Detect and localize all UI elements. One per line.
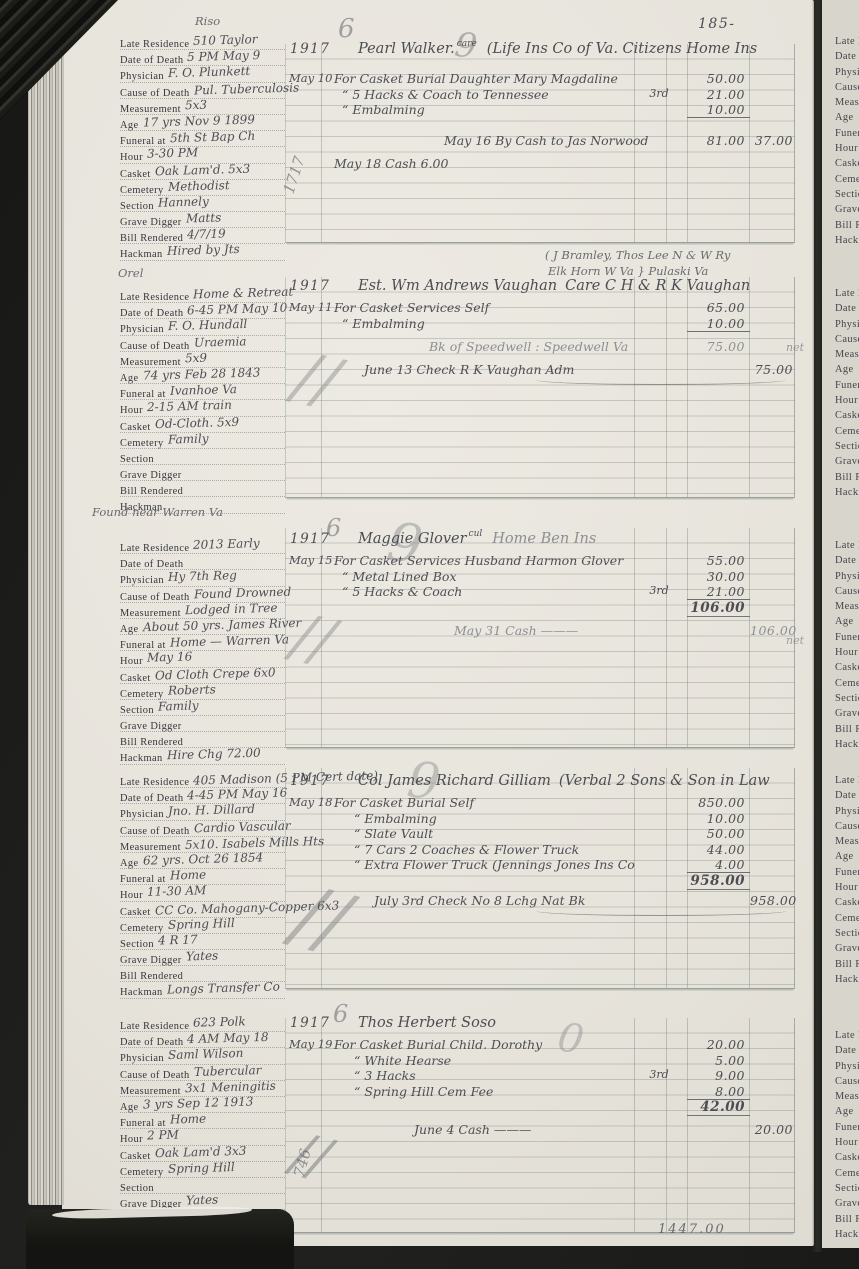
line-amount: 50.00 xyxy=(687,826,750,841)
deceased-name: Est. Wm Andrews Vaughan xyxy=(358,278,557,294)
next-page-label: Measurement xyxy=(835,836,859,851)
field-column: Late ResidenceHome & RetreatDate of Deat… xyxy=(120,287,285,514)
line-description: For Casket Burial Child. Dorothy xyxy=(334,1037,542,1052)
field-row: CemeteryRoberts xyxy=(120,684,285,700)
field-label: Physician xyxy=(120,575,164,586)
ledger-line: May 16 By Cash to Jas Norwood81.0037.00 xyxy=(286,133,794,149)
line-description: “ Spring Hill Cem Fee xyxy=(354,1084,493,1099)
field-label: Section xyxy=(120,939,154,950)
field-value: Roberts xyxy=(167,682,215,697)
field-label: Cemetery xyxy=(120,923,164,934)
field-value: Cardio Vascular xyxy=(193,818,290,835)
field-row: CasketOak Lam'd. 5x3 xyxy=(120,164,285,180)
field-row: Age17 yrs Nov 9 1899 xyxy=(120,115,285,131)
margin-note: Orel xyxy=(118,266,143,280)
field-row: Date of Death xyxy=(120,554,285,570)
ledger-line: 42.00 xyxy=(286,1099,794,1115)
field-label: Physician xyxy=(120,809,164,820)
name-row: 1917Thos Herbert Soso xyxy=(286,1015,845,1033)
ledger-grid: 1917Maggie GloverculHome Ben InsMay 15Fo… xyxy=(285,528,795,748)
field-value: 11-30 AM xyxy=(147,883,207,899)
next-page-label: Grave Digger xyxy=(835,708,859,723)
field-label: Casket xyxy=(120,422,151,433)
field-value: 5x3 xyxy=(185,97,207,112)
ledger-line: “ Embalming10.00 xyxy=(286,102,794,118)
name-row: 1917Maggie GloverculHome Ben Ins xyxy=(286,531,845,549)
field-value: Yates xyxy=(185,1193,218,1208)
line-amount: 81.00 xyxy=(687,133,750,148)
field-value: F. O. Hundall xyxy=(168,317,248,333)
line-description: “ Extra Flower Truck (Jennings Jones Ins… xyxy=(354,857,635,872)
field-label: Late Residence xyxy=(120,1021,189,1032)
pencil-mark: 6 xyxy=(338,14,355,44)
field-value: Yates xyxy=(185,949,218,964)
entry-year: 1917 xyxy=(290,773,330,789)
field-value: Pul. Tuberculosis xyxy=(193,80,299,97)
next-page-label-group: Late ResidenceDate of DeathPhysicianCaus… xyxy=(835,288,859,502)
line-qualifier: 3rd xyxy=(634,87,684,100)
line-amount: 30.00 xyxy=(687,569,750,584)
field-column: Late Residence405 Madison (5 PM Cert dat… xyxy=(120,772,285,999)
field-row: HackmanHire Chg 72.00 xyxy=(120,748,285,764)
field-label: Age xyxy=(120,373,139,384)
field-row: Hour3-30 PM xyxy=(120,147,285,163)
entry-year: 1917 xyxy=(290,1015,330,1031)
field-label: Measurement xyxy=(120,1086,181,1097)
field-value: 4 R 17 xyxy=(158,932,198,947)
field-label: Late Residence xyxy=(120,39,189,50)
line-description: June 4 Cash ——— xyxy=(414,1122,531,1137)
line-amount: 65.00 xyxy=(687,300,750,315)
field-label: Section xyxy=(120,1183,154,1194)
next-page-label: Hour xyxy=(835,1137,859,1152)
field-row: CasketOak Lam'd 3x3 xyxy=(120,1146,285,1162)
ledger-line: “ Metal Lined Box30.00 xyxy=(286,569,794,585)
field-label: Cause of Death xyxy=(120,592,190,603)
field-label: Hour xyxy=(120,405,143,416)
next-page-label: Hour xyxy=(835,647,859,662)
next-page-label: Age xyxy=(835,364,859,379)
field-value: 3-30 PM xyxy=(147,146,199,161)
ledger-line: “ 5 Hacks & Coach3rd21.00 xyxy=(286,584,794,600)
field-row: Section xyxy=(120,449,285,465)
field-value: 2 PM xyxy=(147,1128,179,1143)
entry-year: 1917 xyxy=(290,41,330,57)
field-value: Home — Warren Va xyxy=(170,632,289,649)
field-value: Family xyxy=(158,698,199,713)
ledger-line: “ Extra Flower Truck (Jennings Jones Ins… xyxy=(286,857,794,873)
field-label: Measurement xyxy=(120,357,181,368)
deceased-name: Pearl Walker. xyxy=(358,41,455,57)
field-label: Hour xyxy=(120,656,143,667)
field-label: Age xyxy=(120,858,139,869)
ledger-line: “ Embalming10.00 xyxy=(286,316,794,332)
next-page-label: Late Residence xyxy=(835,36,859,51)
next-page-label: Casket xyxy=(835,410,859,425)
field-row: Age74 yrs Feb 28 1843 xyxy=(120,368,285,384)
next-page-label: Bill Rendered xyxy=(835,959,859,974)
next-page-label: Section xyxy=(835,928,859,943)
line-description: May 16 By Cash to Jas Norwood xyxy=(444,133,648,148)
field-value: 17 yrs Nov 9 1899 xyxy=(142,112,254,129)
entry-year: 1917 xyxy=(290,531,330,547)
field-value: 62 yrs. Oct 26 1854 xyxy=(142,850,263,867)
next-page-label: Funeral at xyxy=(835,632,859,647)
line-amount: 8.00 xyxy=(687,1084,750,1100)
field-label: Bill Rendered xyxy=(120,971,183,982)
line-amount: 5.00 xyxy=(687,1053,750,1068)
next-page-label-group: Late ResidenceDate of DeathPhysicianCaus… xyxy=(835,1030,859,1244)
next-page-label: Cause of Death xyxy=(835,586,859,601)
ledger-line: May 10For Casket Burial Daughter Mary Ma… xyxy=(286,71,794,87)
line-description: Bk of Speedwell : Speedwell Va xyxy=(429,339,628,354)
line-qualifier: 3rd xyxy=(634,584,684,597)
next-page-label-group: Late ResidenceDate of DeathPhysicianCaus… xyxy=(835,36,859,250)
field-label: Hackman xyxy=(120,249,163,260)
line-date: May 15 xyxy=(289,553,334,567)
field-label: Physician xyxy=(120,324,164,335)
field-label: Physician xyxy=(120,71,164,82)
line-amount-paid: 20.00 xyxy=(750,1122,793,1137)
line-amount: 75.00 xyxy=(687,339,750,354)
field-row: CemeterySpring Hill xyxy=(120,1162,285,1178)
field-label: Physician xyxy=(120,1053,164,1064)
ledger-line: “ 5 Hacks & Coach to Tennessee3rd21.00 xyxy=(286,87,794,103)
field-row: Hour2 PM xyxy=(120,1129,285,1145)
field-label: Grave Digger xyxy=(120,217,182,228)
next-page-label: Section xyxy=(835,189,859,204)
field-row: Date of Death6-45 PM May 10 xyxy=(120,303,285,319)
name-annotation: (Life Ins Co of Va. Citizens Home Ins xyxy=(487,41,757,57)
field-value: Found Drowned xyxy=(193,584,291,601)
book-cover-corner-bottom xyxy=(26,1209,294,1269)
ledger-photo: 2 185- 1447.00 Late Residence510 TaylorD… xyxy=(0,0,859,1269)
next-page-label: Bill Rendered xyxy=(835,724,859,739)
field-label: Cemetery xyxy=(120,438,164,449)
next-page-label: Physician xyxy=(835,319,859,334)
next-page-label: Casket xyxy=(835,1152,859,1167)
next-page-label: Section xyxy=(835,1183,859,1198)
field-value: Lodged in Tree xyxy=(185,600,278,617)
field-value: 5x9 xyxy=(185,350,207,365)
field-label: Cause of Death xyxy=(120,826,190,837)
field-value: Hired by Jts xyxy=(166,242,239,258)
field-value: Home xyxy=(170,868,207,883)
field-label: Section xyxy=(120,705,154,716)
field-label: Date of Death xyxy=(120,793,183,804)
field-label: Cause of Death xyxy=(120,88,190,99)
line-amount: 42.00 xyxy=(687,1099,750,1116)
field-row: Cause of DeathPul. Tuberculosis xyxy=(120,83,285,99)
next-page-label: Age xyxy=(835,851,859,866)
field-label: Age xyxy=(120,120,139,131)
next-page-label: Late Residence xyxy=(835,775,859,790)
ledger-grid: 1917Pearl Walker.care(Life Ins Co of Va.… xyxy=(285,44,795,243)
ledger-line: 106.00 xyxy=(286,600,794,616)
field-row: Hour11-30 AM xyxy=(120,885,285,901)
field-label: Casket xyxy=(120,673,151,684)
field-label: Late Residence xyxy=(120,777,189,788)
line-description: “ Slate Vault xyxy=(354,826,433,841)
next-page-label: Late Residence xyxy=(835,1030,859,1045)
line-amount: 958.00 xyxy=(687,873,750,890)
field-value: 6-45 PM May 10 xyxy=(187,301,288,318)
field-row: Measurement3x1 Meningitis xyxy=(120,1081,285,1097)
next-page-label: Physician xyxy=(835,806,859,821)
line-description: “ 5 Hacks & Coach to Tennessee xyxy=(342,87,549,102)
field-label: Casket xyxy=(120,907,151,918)
field-value: Spring Hill xyxy=(167,916,234,932)
field-value: Od-Cloth. 5x9 xyxy=(155,414,239,430)
field-label: Grave Digger xyxy=(120,955,182,966)
ledger-line: “ Slate Vault50.00 xyxy=(286,826,794,842)
line-amount-paid: 37.00 xyxy=(750,133,793,148)
next-page-label: Cemetery xyxy=(835,426,859,441)
next-page-label: Section xyxy=(835,441,859,456)
field-row: Late Residence2013 Early xyxy=(120,538,285,554)
next-page-label: Physician xyxy=(835,571,859,586)
line-description: “ Embalming xyxy=(342,102,425,117)
field-value: F. O. Plunkett xyxy=(168,64,251,80)
name-superscript: care xyxy=(457,39,477,49)
field-label: Bill Rendered xyxy=(120,737,183,748)
margin-note: ( J Bramley, Thos Lee N & W Ry xyxy=(545,248,730,262)
next-page-label: Bill Rendered xyxy=(835,472,859,487)
field-label: Grave Digger xyxy=(120,470,182,481)
field-label: Bill Rendered xyxy=(120,486,183,497)
field-row: Date of Death5 PM May 9 xyxy=(120,50,285,66)
field-value: 4 AM May 18 xyxy=(187,1030,269,1046)
field-row: Date of Death4-45 PM May 16 xyxy=(120,788,285,804)
ledger-line: June 4 Cash ———20.00 xyxy=(286,1122,794,1138)
field-label: Casket xyxy=(120,169,151,180)
field-row: CemeterySpring Hill xyxy=(120,918,285,934)
next-page-label: Cemetery xyxy=(835,1168,859,1183)
next-page-label: Cemetery xyxy=(835,913,859,928)
next-page-label: Measurement xyxy=(835,349,859,364)
line-amount: 10.00 xyxy=(687,102,750,118)
field-label: Date of Death xyxy=(120,308,183,319)
field-label: Late Residence xyxy=(120,292,189,303)
margin-note: Elk Horn W Va } Pulaski Va xyxy=(548,264,708,278)
next-page-label: Late Residence xyxy=(835,540,859,555)
line-description: “ 7 Cars 2 Coaches & Flower Truck xyxy=(354,842,579,857)
field-value: Oak Lam'd. 5x3 xyxy=(155,161,251,178)
next-page-label: Cemetery xyxy=(835,174,859,189)
field-row: HackmanLongs Transfer Co xyxy=(120,982,285,998)
line-description: For Casket Services Husband Harmon Glove… xyxy=(334,553,623,568)
line-description: “ 5 Hacks & Coach xyxy=(342,584,462,599)
next-page-label: Date of Death xyxy=(835,790,859,805)
field-row: Section4 R 17 xyxy=(120,934,285,950)
next-page-label: Casket xyxy=(835,662,859,677)
deceased-name-line: Est. Wm Andrews VaughanCare C H & R K Va… xyxy=(358,278,750,294)
field-value: Tubercular xyxy=(193,1063,261,1079)
next-page-label: Cause of Death xyxy=(835,821,859,836)
line-amount: 21.00 xyxy=(687,87,750,102)
page-gutter-shadow xyxy=(812,0,822,1252)
next-page-label-group: Late ResidenceDate of DeathPhysicianCaus… xyxy=(835,775,859,989)
ledger-line: “ Spring Hill Cem Fee8.00 xyxy=(286,1084,794,1100)
next-page-label: Physician xyxy=(835,67,859,82)
field-label: Cemetery xyxy=(120,689,164,700)
folio-number: 185- xyxy=(698,16,735,32)
line-amount: 55.00 xyxy=(687,553,750,568)
name-superscript: cul xyxy=(469,529,483,539)
field-value: 74 yrs Feb 28 1843 xyxy=(142,365,260,382)
ledger-line: “ Embalming10.00 xyxy=(286,811,794,827)
deceased-name-line: Thos Herbert Soso xyxy=(358,1015,496,1031)
line-amount-paid: 106.00 xyxy=(750,623,793,638)
field-row: HackmanHired by Jts xyxy=(120,244,285,260)
field-label: Age xyxy=(120,624,139,635)
field-label: Cause of Death xyxy=(120,341,190,352)
field-column: Late Residence510 TaylorDate of Death5 P… xyxy=(120,34,285,261)
next-page-label: Grave Digger xyxy=(835,943,859,958)
next-page-label: Bill Rendered xyxy=(835,1214,859,1229)
next-page-label: Funeral at xyxy=(835,867,859,882)
field-label: Grave Digger xyxy=(120,721,182,732)
next-page-label: Hour xyxy=(835,395,859,410)
line-description: For Casket Services Self xyxy=(334,300,489,315)
book-page-edges xyxy=(28,40,64,1205)
line-description: “ 3 Hacks xyxy=(354,1068,416,1083)
field-label: Measurement xyxy=(120,608,181,619)
name-row: 1917Est. Wm Andrews VaughanCare C H & R … xyxy=(286,278,845,296)
field-value: 623 Polk xyxy=(193,1014,246,1029)
ledger-line: “ 7 Cars 2 Coaches & Flower Truck44.00 xyxy=(286,842,794,858)
next-page-label: Age xyxy=(835,1106,859,1121)
field-row: Cause of DeathCardio Vascular xyxy=(120,821,285,837)
field-value: Home xyxy=(170,1112,207,1127)
line-amount: 50.00 xyxy=(687,71,750,86)
field-row: Grave Digger xyxy=(120,465,285,481)
line-amount: 20.00 xyxy=(687,1037,750,1052)
line-description: For Casket Burial Daughter Mary Magdalin… xyxy=(334,71,618,86)
next-page-label: Funeral at xyxy=(835,128,859,143)
field-row: Grave DiggerYates xyxy=(120,950,285,966)
ledger-line: 958.00 xyxy=(286,873,794,889)
field-value: 2-15 AM train xyxy=(147,398,232,414)
line-description: “ Embalming xyxy=(354,811,437,826)
next-page-label: Hackman xyxy=(835,235,859,250)
next-page-label: Measurement xyxy=(835,1091,859,1106)
field-column: Late Residence2013 EarlyDate of DeathPhy… xyxy=(120,538,285,765)
ledger-line: “ 3 Hacks3rd9.00 xyxy=(286,1068,794,1084)
line-description: “ Metal Lined Box xyxy=(342,569,457,584)
ledger-line: May 18 Cash 6.00 xyxy=(286,156,794,172)
field-row: Cause of DeathUraemia xyxy=(120,336,285,352)
deceased-name: Col James Richard Gilliam xyxy=(358,773,551,789)
field-value: 510 Taylor xyxy=(193,32,258,48)
next-page-label: Hour xyxy=(835,143,859,158)
next-page-label: Measurement xyxy=(835,97,859,112)
field-value: Family xyxy=(167,431,208,446)
line-amount: 10.00 xyxy=(687,811,750,826)
next-page-label: Physician xyxy=(835,1061,859,1076)
next-page-label: Age xyxy=(835,616,859,631)
payment-underline-flourish xyxy=(536,905,786,916)
field-label: Bill Rendered xyxy=(120,233,183,244)
field-value: Hannely xyxy=(158,194,209,209)
next-page-label: Hackman xyxy=(835,487,859,502)
field-row: Funeral atHome xyxy=(120,1113,285,1129)
next-page-label: Date of Death xyxy=(835,303,859,318)
next-page-label: Cause of Death xyxy=(835,82,859,97)
next-page-sliver: Late ResidenceDate of DeathPhysicianCaus… xyxy=(822,0,859,1248)
field-label: Cemetery xyxy=(120,185,164,196)
next-page-label: Measurement xyxy=(835,601,859,616)
line-description: For Casket Burial Self xyxy=(334,795,474,810)
field-row: Funeral atHome — Warren Va xyxy=(120,635,285,651)
field-row: Section xyxy=(120,1178,285,1194)
line-description: May 18 Cash 6.00 xyxy=(334,156,448,171)
field-row: SectionHannely xyxy=(120,196,285,212)
field-row: Grave DiggerMatts xyxy=(120,212,285,228)
line-amount: 9.00 xyxy=(687,1068,750,1083)
line-description: “ Embalming xyxy=(342,316,425,331)
field-value: 3x1 Meningitis xyxy=(185,1078,276,1095)
line-description: “ White Hearse xyxy=(354,1053,451,1068)
field-label: Hackman xyxy=(120,987,163,998)
field-label: Date of Death xyxy=(120,1037,183,1048)
ledger-line: May 11For Casket Services Self65.00 xyxy=(286,300,794,316)
name-row: 1917Col James Richard Gilliam(Verbal 2 S… xyxy=(286,773,845,791)
field-label: Measurement xyxy=(120,104,181,115)
line-date: May 11 xyxy=(289,300,334,314)
field-value: 3 yrs Sep 12 1913 xyxy=(142,1094,253,1111)
field-label: Hackman xyxy=(120,753,163,764)
ledger-page: 2 185- 1447.00 Late Residence510 TaylorD… xyxy=(62,0,814,1246)
deceased-name-line: Pearl Walker.care(Life Ins Co of Va. Cit… xyxy=(358,41,757,57)
field-label: Age xyxy=(120,1102,139,1113)
field-value: 2013 Early xyxy=(193,536,260,552)
deceased-name-line: Col James Richard Gilliam(Verbal 2 Sons … xyxy=(358,773,770,789)
field-row: Grave Digger xyxy=(120,716,285,732)
ledger-grid: 1917Col James Richard Gilliam(Verbal 2 S… xyxy=(285,768,795,989)
next-page-label: Casket xyxy=(835,897,859,912)
field-value: Ivanhoe Va xyxy=(170,382,237,398)
field-value: 5th St Bap Ch xyxy=(170,129,256,145)
field-row: CasketOd-Cloth. 5x9 xyxy=(120,417,285,433)
field-value: Uraemia xyxy=(193,334,246,349)
field-value: 4/7/19 xyxy=(187,227,226,242)
next-page-label: Cemetery xyxy=(835,678,859,693)
field-row: CasketCC Co. Mahogany-Copper 6x3 xyxy=(120,902,285,918)
next-page-label: Date of Death xyxy=(835,1045,859,1060)
next-page-label: Casket xyxy=(835,158,859,173)
field-value: About 50 yrs. James River xyxy=(142,616,301,634)
next-page-label: Date of Death xyxy=(835,555,859,570)
next-page-label: Bill Rendered xyxy=(835,220,859,235)
field-value: 5 PM May 9 xyxy=(187,48,261,64)
line-amount: 10.00 xyxy=(687,316,750,332)
next-page-label: Section xyxy=(835,693,859,708)
payment-underline-flourish xyxy=(536,374,786,385)
entry-year: 1917 xyxy=(290,278,330,294)
field-value: Spring Hill xyxy=(167,1160,234,1176)
field-row: Hour2-15 AM train xyxy=(120,400,285,416)
field-value: Matts xyxy=(185,211,221,226)
next-page-label: Cause of Death xyxy=(835,1076,859,1091)
name-annotation: Care C H & R K Vaughan xyxy=(565,278,750,294)
field-value: Longs Transfer Co xyxy=(166,980,279,997)
field-label: Measurement xyxy=(120,842,181,853)
next-page-label: Grave Digger xyxy=(835,456,859,471)
name-annotation: Home Ben Ins xyxy=(492,531,596,547)
field-value: Oak Lam'd 3x3 xyxy=(155,1143,247,1160)
field-label: Date of Death xyxy=(120,559,183,570)
